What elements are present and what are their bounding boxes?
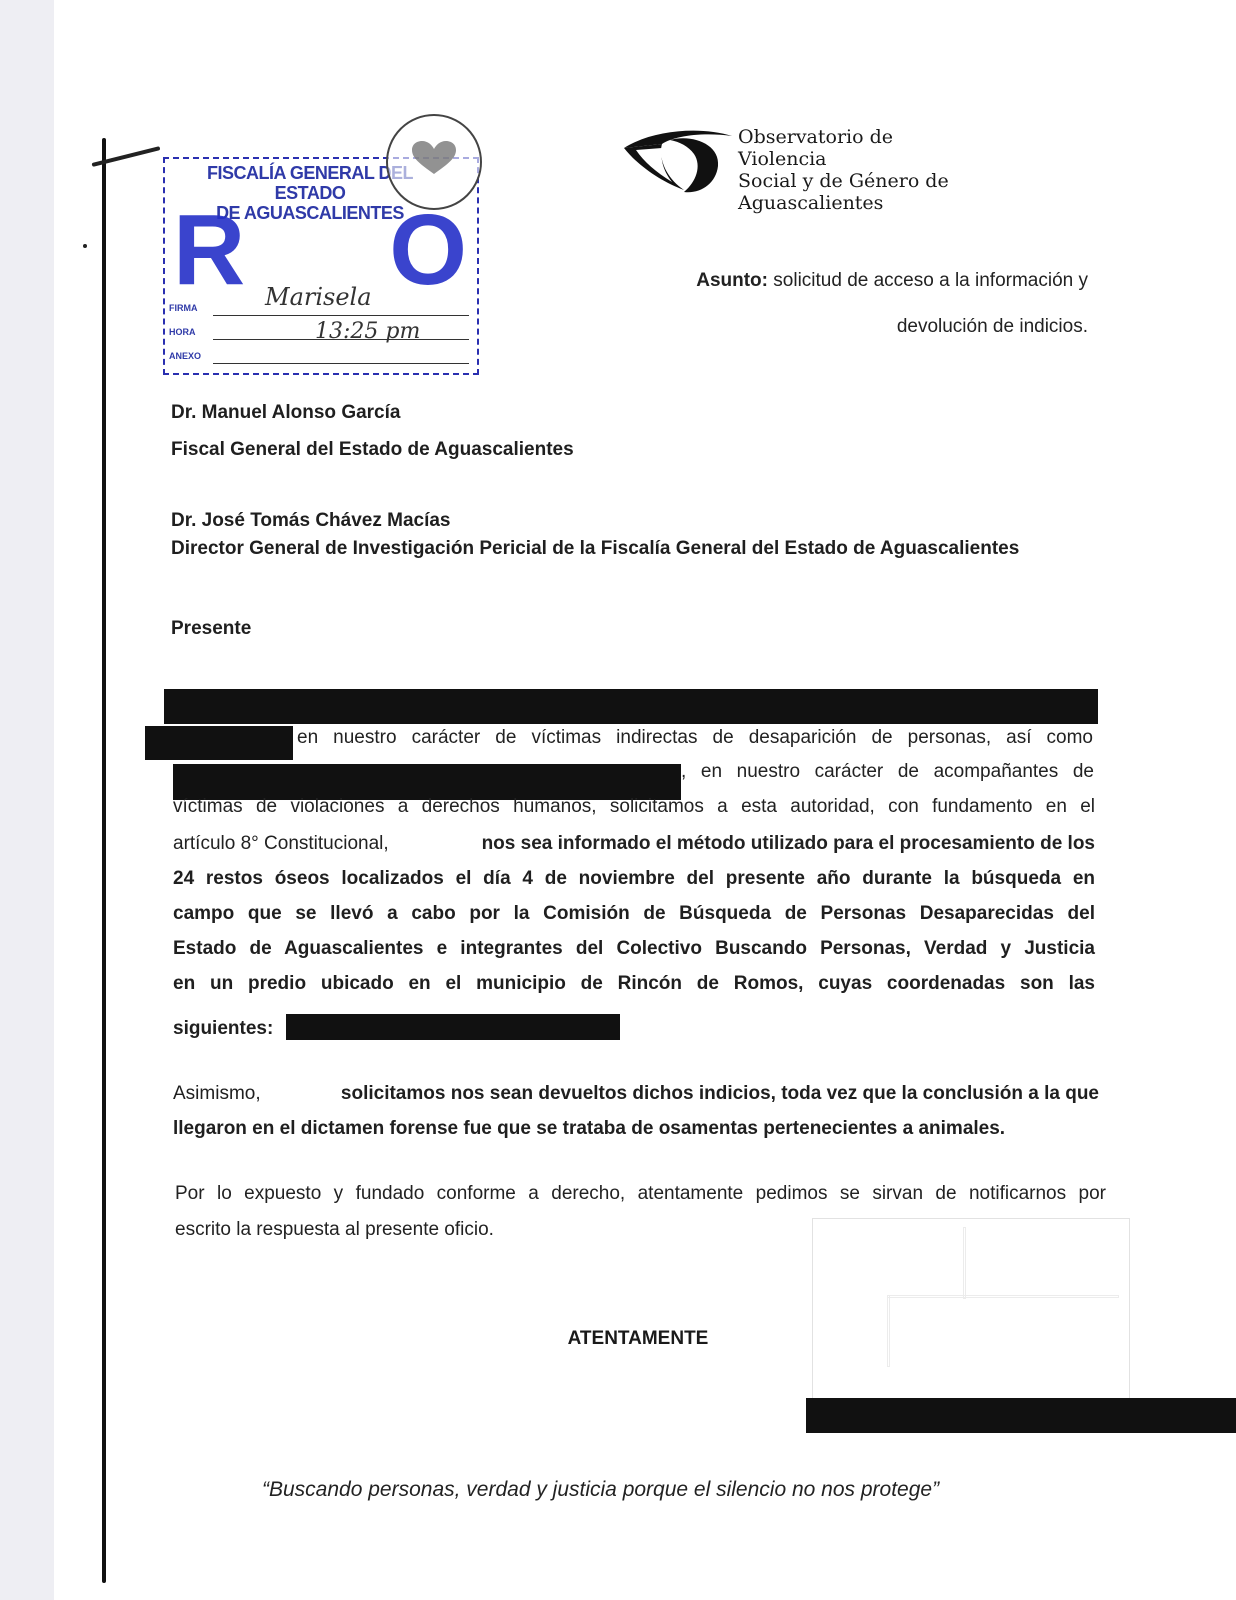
stamp-letter-r: R — [173, 205, 245, 295]
logo-line2: Social y de Género de — [738, 170, 982, 192]
paragraph1-line2: , en nuestro carácter de acompañantes de — [681, 761, 1094, 783]
recipient-1-title: Fiscal General del Estado de Aguascalien… — [171, 439, 574, 461]
motto: “Buscando personas, verdad y justicia po… — [262, 1478, 939, 1502]
logo-line3: Aguascalientes — [738, 192, 982, 214]
paragraph1-line4-bold: nos sea informado el método utilizado pa… — [482, 833, 1095, 855]
paragraph1-line4-normal: artículo 8° Constitucional, — [173, 833, 389, 855]
left-margin-strip — [0, 0, 54, 1600]
paragraph3-line1: Por lo expuesto y fundado conforme a der… — [175, 1183, 1106, 1205]
stamp-line — [213, 363, 469, 364]
paragraph1-line4: artículo 8° Constitucional, nos sea info… — [173, 833, 1095, 855]
recipient-2-name: Dr. José Tomás Chávez Macías — [171, 510, 451, 532]
margin-dot — [83, 244, 87, 248]
redaction-bar — [145, 726, 293, 760]
stamp-time: 13:25 pm — [315, 319, 420, 344]
eye-icon — [622, 126, 734, 198]
paragraph2-line1: Asimismo, solicitamos nos sean devueltos… — [173, 1083, 1099, 1105]
subject-line1: solicitud de acceso a la información y — [773, 270, 1088, 291]
heart-trees-icon — [410, 140, 458, 176]
paragraph1-line5: 24 restos óseos localizados el día 4 de … — [173, 868, 1095, 890]
stamp-field-anexo: ANEXO — [169, 351, 201, 361]
stamp-field-firma: FIRMA — [169, 303, 198, 313]
redaction-bar-coordinates — [286, 1014, 620, 1040]
paragraph2-normal: Asimismo, — [173, 1083, 261, 1105]
stamp-line — [213, 315, 469, 316]
recipient-1-name: Dr. Manuel Alonso García — [171, 402, 400, 424]
paragraph1-line8: en un predio ubicado en el municipio de … — [173, 973, 1095, 995]
paragraph1-line3: víctimas de violaciones a derechos human… — [173, 796, 1095, 818]
redaction-bar — [173, 764, 681, 800]
stamp-field-hora: HORA — [169, 327, 196, 337]
paragraph1-line6: campo que se llevó a cabo por la Comisió… — [173, 903, 1095, 925]
subject-block: Asunto: solicitud de acceso a la informa… — [696, 258, 1088, 350]
paragraph1-line9: siguientes: — [173, 1018, 273, 1040]
stamp-letter-o: O — [389, 205, 467, 295]
observatorio-logo: Observatorio de Violencia Social y de Gé… — [622, 122, 982, 202]
handwritten-margin-line — [102, 138, 106, 1583]
faded-stamp — [812, 1218, 1130, 1400]
subject-line2: devolución de indicios. — [696, 304, 1088, 350]
closing: ATENTAMENTE — [0, 1328, 1236, 1350]
salutation: Presente — [171, 618, 251, 640]
redaction-bar — [164, 689, 1098, 724]
redaction-bar-signature — [806, 1398, 1236, 1433]
paragraph1-line1: en nuestro carácter de víctimas indirect… — [297, 727, 1093, 749]
paragraph2-line2: llegaron en el dictamen forense fue que … — [173, 1118, 1005, 1140]
paragraph1-line7: Estado de Aguascalientes e integrantes d… — [173, 938, 1095, 960]
collective-seal — [386, 114, 482, 210]
paragraph3-line2: escrito la respuesta al presente oficio. — [175, 1219, 494, 1241]
recipient-2-title: Director General de Investigación Perici… — [171, 538, 1019, 560]
stamp-signature: Marisela — [265, 283, 372, 311]
paragraph2-bold-line1: solicitamos nos sean devueltos dichos in… — [341, 1083, 1099, 1105]
logo-line1: Observatorio de Violencia — [738, 126, 982, 170]
subject-label: Asunto: — [696, 270, 768, 291]
